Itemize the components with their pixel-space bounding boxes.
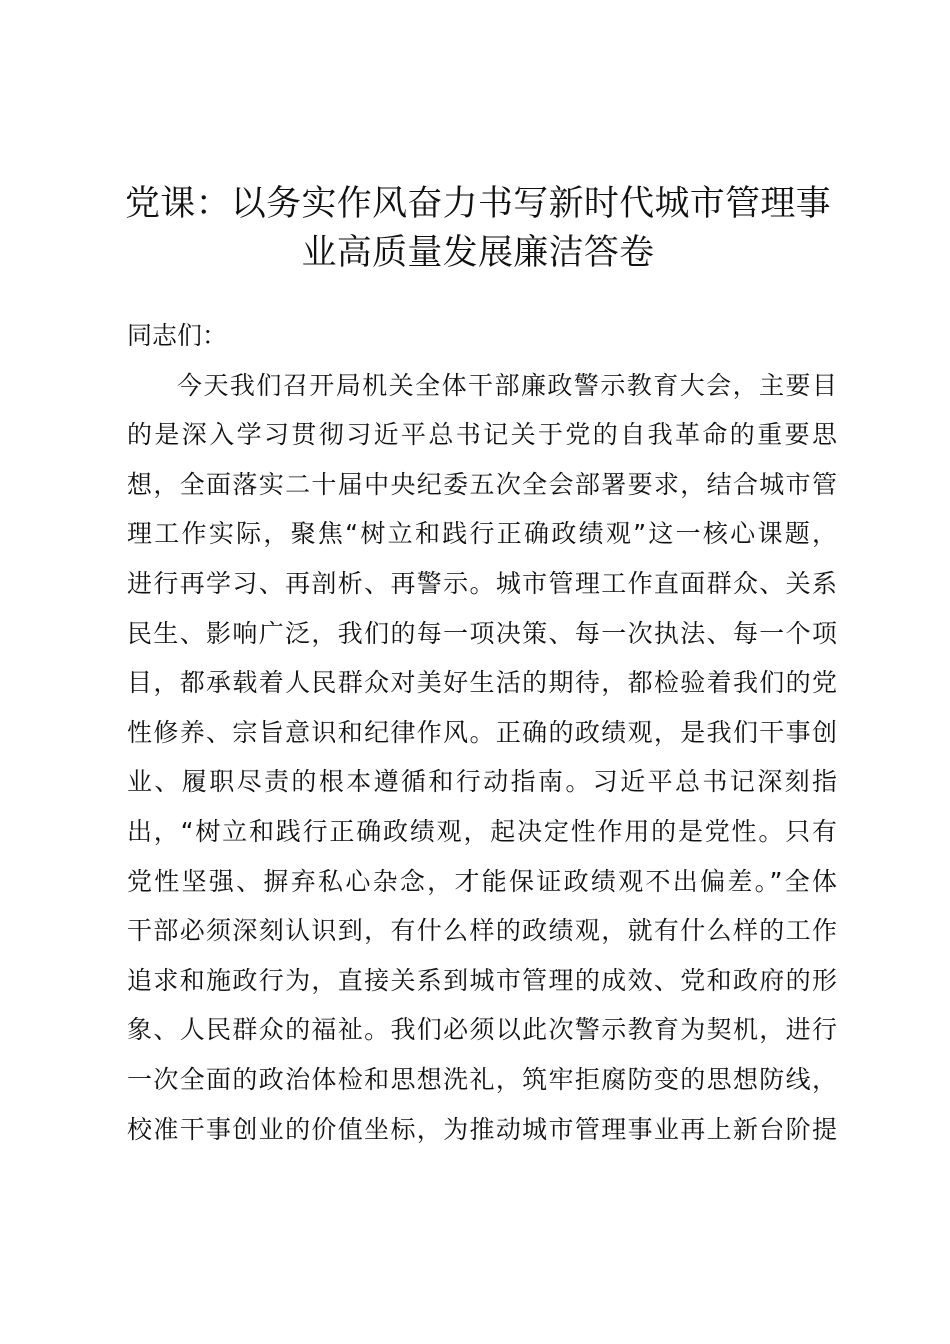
- paragraph-line: 一次全面的政治体检和思想洗礼，筑牢拒腐防变的思想防线，: [127, 1055, 837, 1105]
- title-line-1: 党课：以务实作风奋力书写新时代城市管理事: [120, 180, 836, 229]
- paragraph-line: 出，“树立和践行正确政绩观，起决定性作用的是党性。只有: [127, 807, 837, 857]
- paragraph-line: 业、履职尽责的根本遵循和行动指南。习近平总书记深刻指: [127, 757, 837, 807]
- document-title: 党课：以务实作风奋力书写新时代城市管理事 业高质量发展廉洁答卷: [120, 180, 836, 278]
- paragraph-line: 象、人民群众的福祉。我们必须以此次警示教育为契机，进行: [127, 1005, 837, 1055]
- paragraph-line: 民生、影响广泛，我们的每一项决策、每一次执法、每一个项: [127, 609, 837, 659]
- title-line-2: 业高质量发展廉洁答卷: [120, 229, 836, 278]
- paragraph-line: 想，全面落实二十届中央纪委五次全会部署要求，结合城市管: [127, 460, 837, 510]
- paragraph-line: 今天我们召开局机关全体干部廉政警示教育大会，主要目: [127, 361, 837, 411]
- document-page: 党课：以务实作风奋力书写新时代城市管理事 业高质量发展廉洁答卷 同志们： 今天我…: [0, 0, 950, 1344]
- paragraph-line: 干部必须深刻认识到，有什么样的政绩观，就有什么样的工作: [127, 906, 837, 956]
- paragraph-line: 校准干事创业的价值坐标，为推动城市管理事业再上新台阶提: [127, 1105, 837, 1155]
- paragraph-line: 进行再学习、再剖析、再警示。城市管理工作直面群众、关系: [127, 559, 837, 609]
- paragraph-line: 性修养、宗旨意识和纪律作风。正确的政绩观，是我们干事创: [127, 708, 837, 758]
- document-body: 同志们： 今天我们召开局机关全体干部廉政警示教育大会，主要目 的是深入学习贯彻习…: [127, 311, 837, 1154]
- paragraph-line: 追求和施政行为，直接关系到城市管理的成效、党和政府的形: [127, 956, 837, 1006]
- paragraph-line: 目，都承载着人民群众对美好生活的期待，都检验着我们的党: [127, 658, 837, 708]
- paragraph-line: 的是深入学习贯彻习近平总书记关于党的自我革命的重要思: [127, 410, 837, 460]
- paragraph-line: 理工作实际，聚焦“树立和践行正确政绩观”这一核心课题，: [127, 509, 837, 559]
- salutation: 同志们：: [127, 311, 837, 361]
- paragraph-line: 党性坚强、摒弃私心杂念，才能保证政绩观不出偏差。”全体: [127, 857, 837, 907]
